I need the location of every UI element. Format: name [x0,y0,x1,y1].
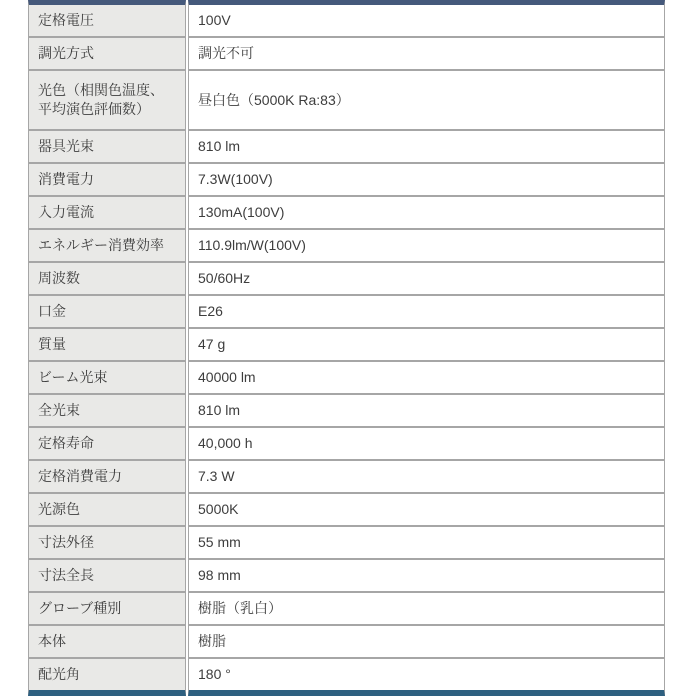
spec-row: 定格電圧100V [28,0,665,37]
spec-value-cell: 47 g [188,328,665,361]
spec-row: 質量47 g [28,328,665,361]
spec-row: 寸法外径55 mm [28,526,665,559]
spec-label-cell: 口金 [28,295,186,328]
spec-label-cell: 本体 [28,625,186,658]
spec-row: 配光角180 ° [28,658,665,696]
spec-label-cell: 器具光束 [28,130,186,163]
spec-row: 光色（相関色温度、 平均演色評価数）昼白色（5000K Ra:83） [28,70,665,130]
spec-label-cell: グローブ種別 [28,592,186,625]
spec-label-cell: 全光束 [28,394,186,427]
spec-label-cell: 質量 [28,328,186,361]
spec-value-cell: 7.3W(100V) [188,163,665,196]
spec-value-cell: E26 [188,295,665,328]
spec-label-cell: 調光方式 [28,37,186,70]
spec-value-cell: 100V [188,0,665,37]
spec-label-cell: ビーム光束 [28,361,186,394]
spec-label-cell: 寸法全長 [28,559,186,592]
spec-row: 器具光束810 lm [28,130,665,163]
spec-row: 定格消費電力7.3 W [28,460,665,493]
spec-value-cell: 810 lm [188,394,665,427]
spec-value-cell: 50/60Hz [188,262,665,295]
spec-value-cell: 樹脂（乳白） [188,592,665,625]
spec-row: 寸法全長98 mm [28,559,665,592]
spec-label-cell: 周波数 [28,262,186,295]
spec-row: 全光束810 lm [28,394,665,427]
spec-value-cell: 98 mm [188,559,665,592]
spec-row: 定格寿命40,000 h [28,427,665,460]
spec-value-cell: 調光不可 [188,37,665,70]
spec-row: 周波数50/60Hz [28,262,665,295]
spec-row: 調光方式調光不可 [28,37,665,70]
spec-label-cell: エネルギー消費効率 [28,229,186,262]
spec-value-cell: 樹脂 [188,625,665,658]
spec-value-cell: 180 ° [188,658,665,696]
spec-table-body: 定格電圧100V調光方式調光不可光色（相関色温度、 平均演色評価数）昼白色（50… [28,0,665,696]
spec-label-cell: 光源色 [28,493,186,526]
spec-table: 定格電圧100V調光方式調光不可光色（相関色温度、 平均演色評価数）昼白色（50… [26,0,667,696]
spec-value-cell: 40000 lm [188,361,665,394]
spec-label-cell: 消費電力 [28,163,186,196]
spec-value-cell: 810 lm [188,130,665,163]
spec-value-cell: 55 mm [188,526,665,559]
spec-label-cell: 定格寿命 [28,427,186,460]
spec-row: エネルギー消費効率110.9lm/W(100V) [28,229,665,262]
spec-row: 本体樹脂 [28,625,665,658]
spec-label-cell: 寸法外径 [28,526,186,559]
spec-value-cell: 5000K [188,493,665,526]
spec-row: 消費電力7.3W(100V) [28,163,665,196]
spec-value-cell: 110.9lm/W(100V) [188,229,665,262]
spec-label-cell: 配光角 [28,658,186,696]
spec-row: グローブ種別樹脂（乳白） [28,592,665,625]
spec-label-cell: 光色（相関色温度、 平均演色評価数） [28,70,186,130]
spec-label-cell: 入力電流 [28,196,186,229]
spec-row: ビーム光束40000 lm [28,361,665,394]
spec-row: 口金E26 [28,295,665,328]
spec-value-cell: 130mA(100V) [188,196,665,229]
spec-label-cell: 定格消費電力 [28,460,186,493]
spec-value-cell: 40,000 h [188,427,665,460]
spec-row: 入力電流130mA(100V) [28,196,665,229]
spec-label-cell: 定格電圧 [28,0,186,37]
product-spec-page: 定格電圧100V調光方式調光不可光色（相関色温度、 平均演色評価数）昼白色（50… [0,0,700,700]
spec-value-cell: 7.3 W [188,460,665,493]
spec-row: 光源色5000K [28,493,665,526]
spec-value-cell: 昼白色（5000K Ra:83） [188,70,665,130]
